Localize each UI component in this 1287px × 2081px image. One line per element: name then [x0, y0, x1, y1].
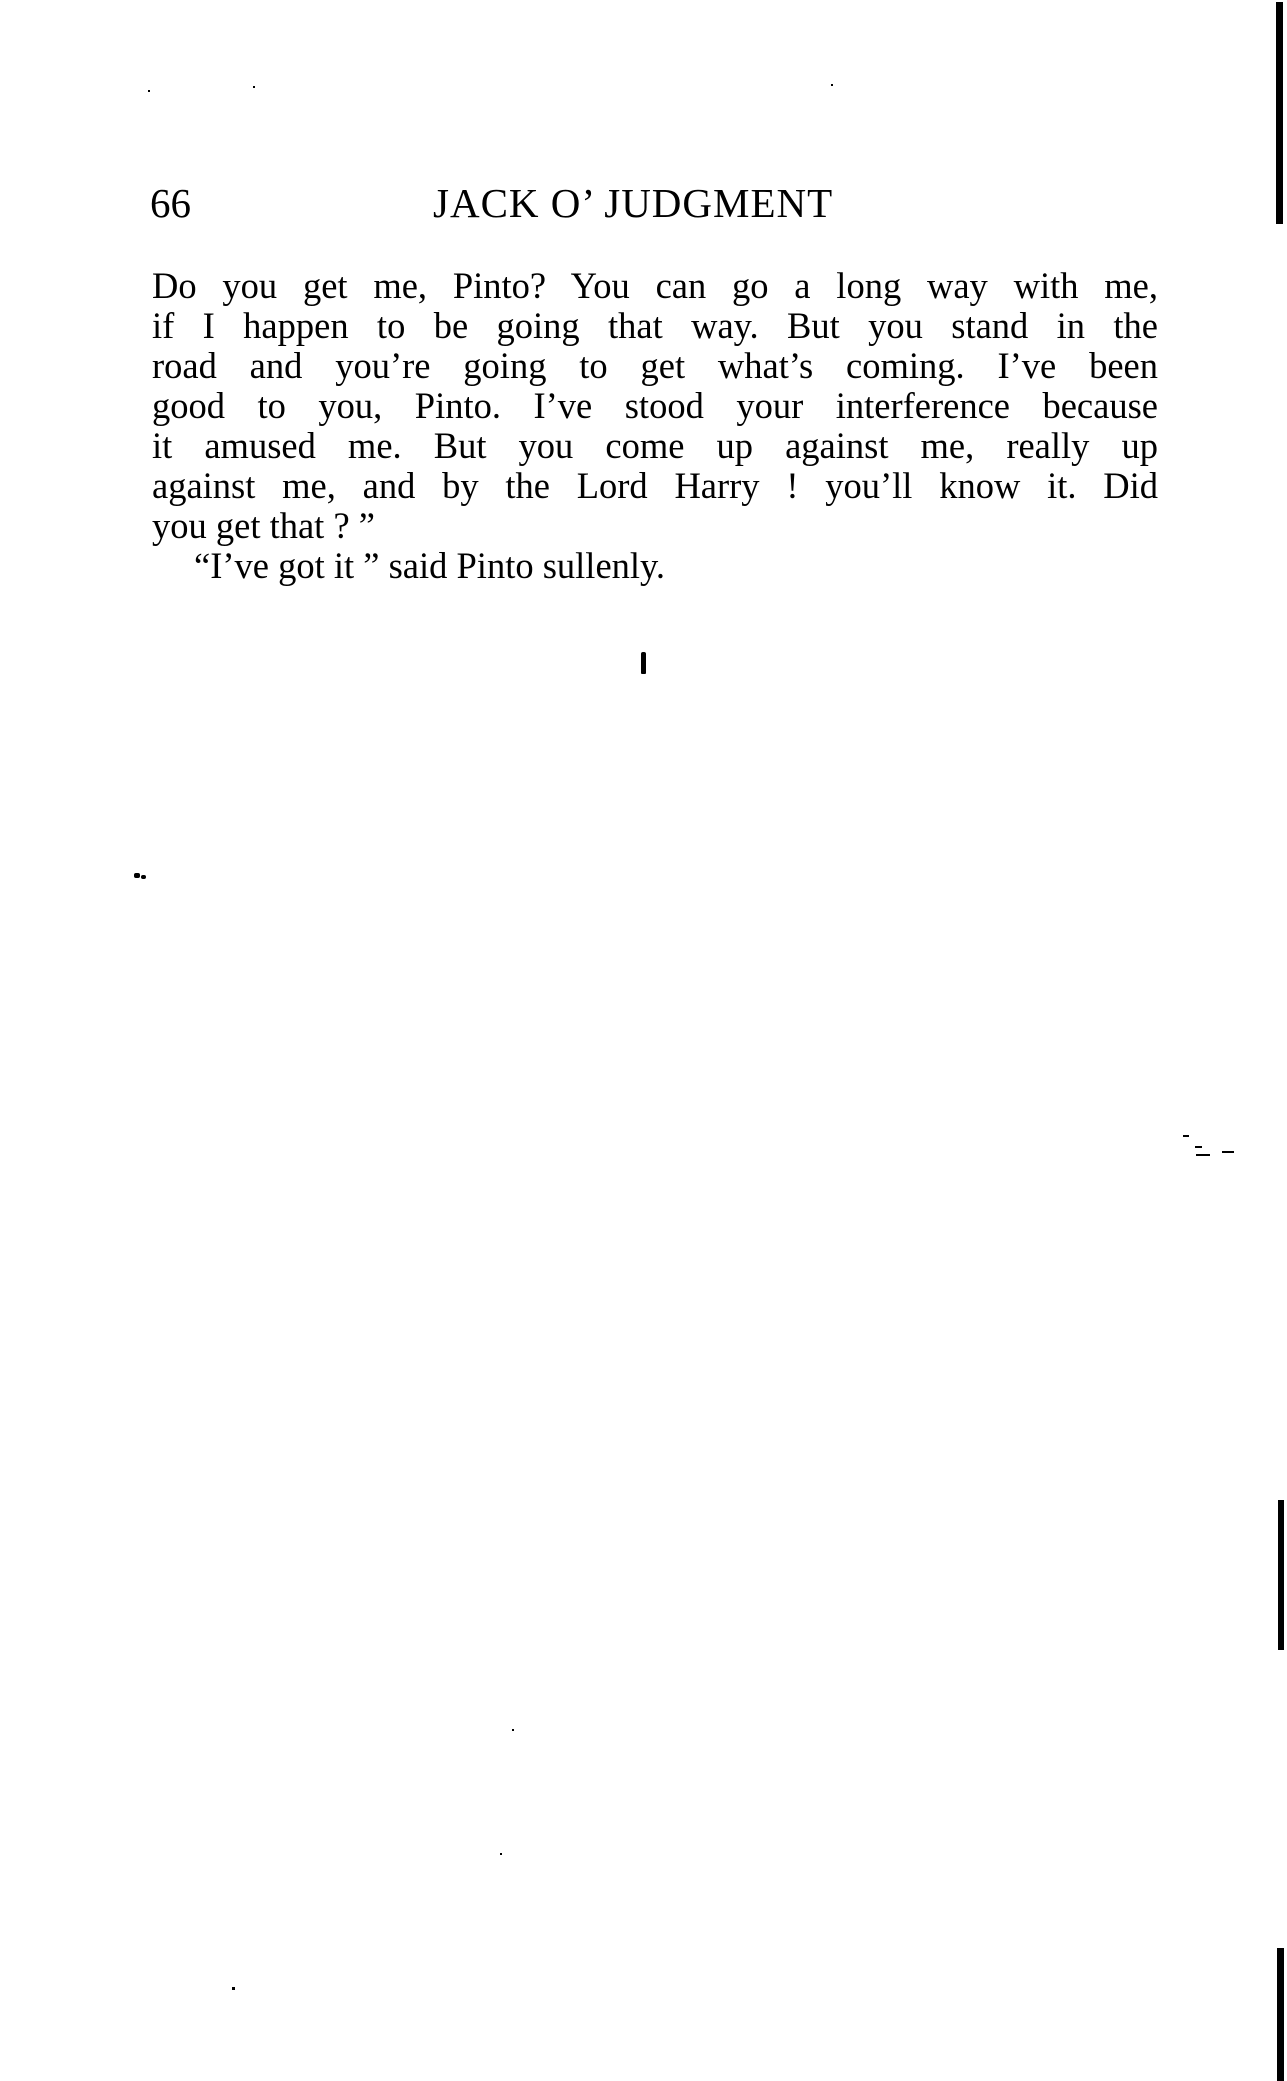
- scan-mark: [232, 1987, 235, 1990]
- scan-mark: [148, 90, 150, 92]
- scan-mark: [1183, 1135, 1189, 1137]
- book-title: JACK O’ JUDGMENT: [433, 178, 833, 228]
- scan-mark: [500, 1853, 502, 1855]
- page-number: 66: [150, 178, 191, 228]
- text-line: if I happen to be going that way. But yo…: [152, 306, 1158, 346]
- book-page: 66 JACK O’ JUDGMENT Do you get me, Pinto…: [0, 0, 1287, 2081]
- page-edge-shadow: [1277, 1948, 1284, 2081]
- text-line: against me, and by the Lord Harry ! you’…: [152, 466, 1158, 506]
- page-edge-shadow: [1276, 2, 1283, 224]
- page-edge-shadow: [1278, 1500, 1284, 1650]
- scan-mark: [831, 84, 833, 86]
- scan-mark: [512, 1729, 514, 1731]
- text-line: “I’ve got it ” said Pinto sullenly.: [152, 546, 1158, 586]
- text-line: it amused me. But you come up against me…: [152, 426, 1158, 466]
- scan-mark: [641, 652, 646, 674]
- text-line: good to you, Pinto. I’ve stood your inte…: [152, 386, 1158, 426]
- scan-mark: [1196, 1154, 1210, 1156]
- scan-mark: [253, 86, 255, 88]
- body-text: Do you get me, Pinto? You can go a long …: [152, 266, 1158, 586]
- text-line: Do you get me, Pinto? You can go a long …: [152, 266, 1158, 306]
- running-head: 66 JACK O’ JUDGMENT: [150, 178, 930, 228]
- text-line: you get that ? ”: [152, 506, 1158, 546]
- text-line: road and you’re going to get what’s comi…: [152, 346, 1158, 386]
- scan-mark: [141, 875, 146, 879]
- scan-mark: [134, 873, 140, 878]
- scan-mark: [1195, 1146, 1202, 1148]
- scan-mark: [1222, 1151, 1234, 1153]
